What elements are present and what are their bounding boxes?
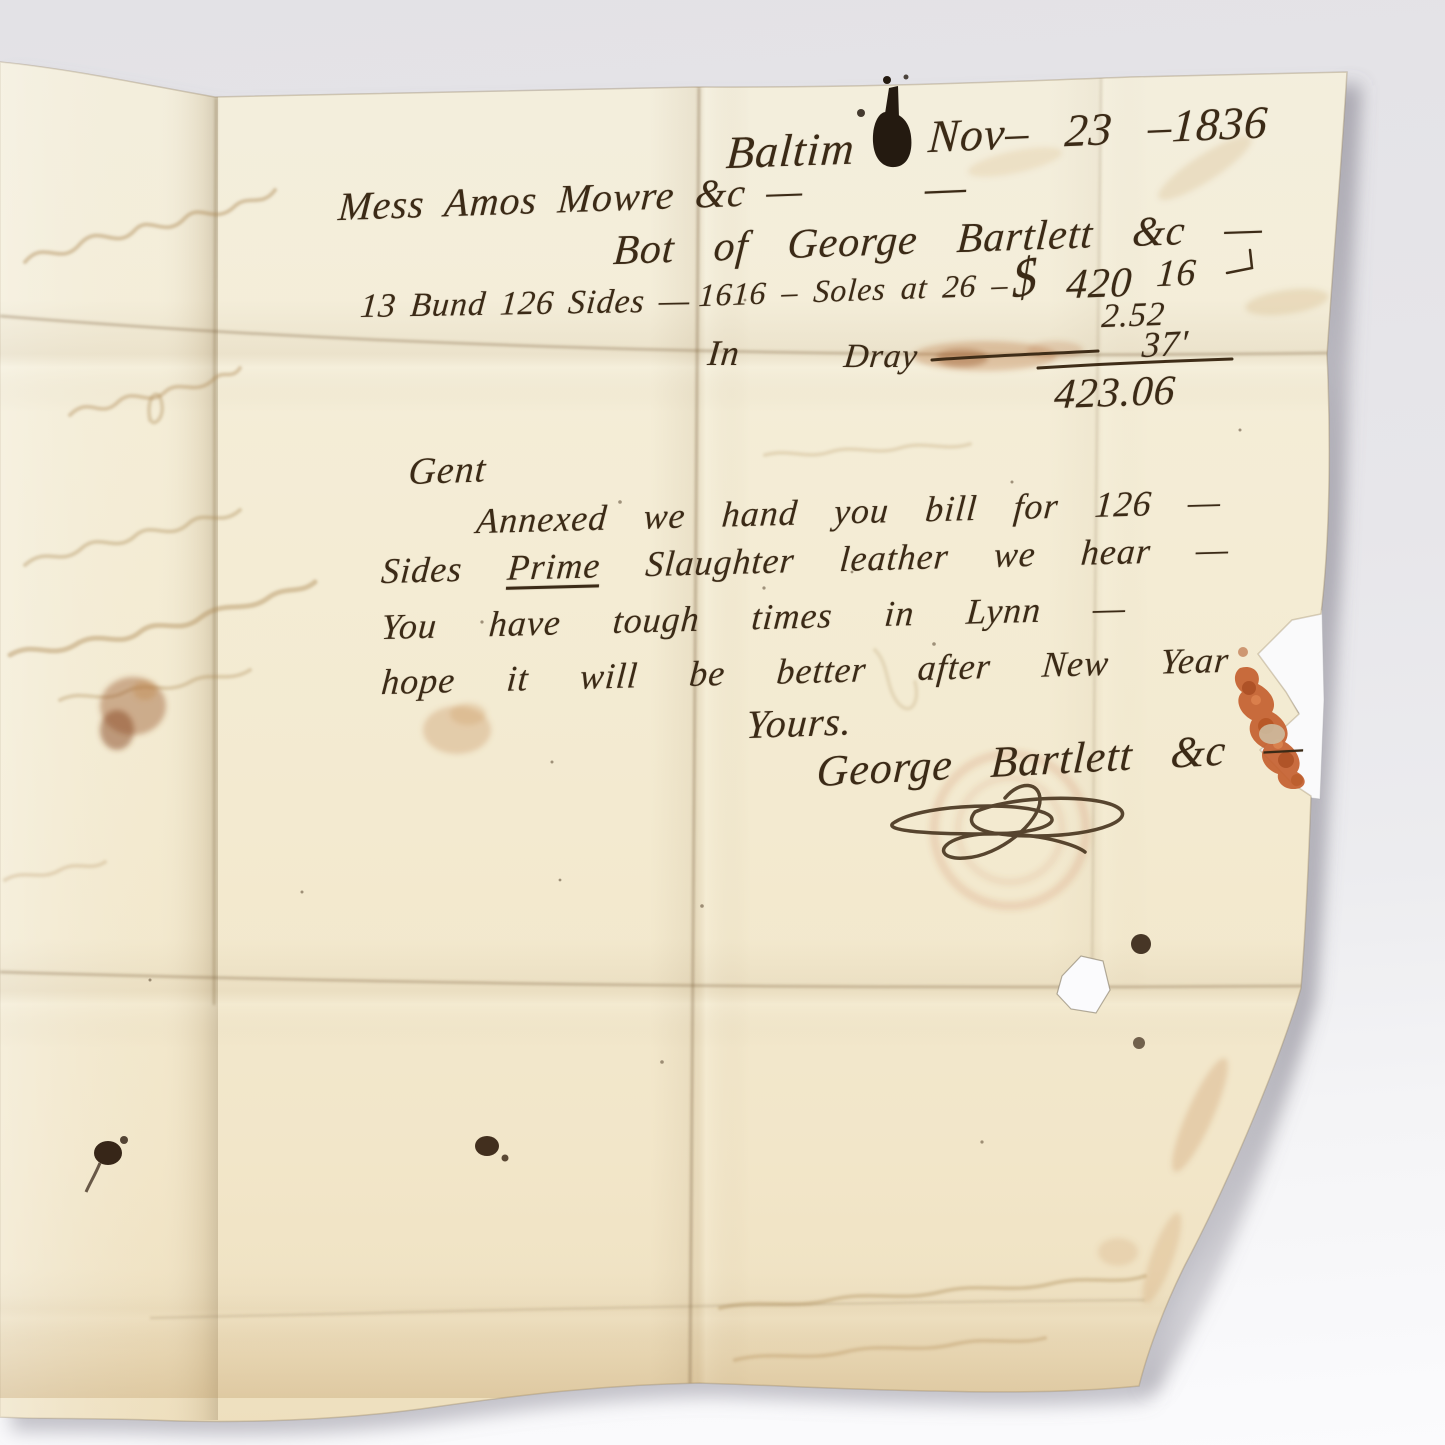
dollar-sign: $ xyxy=(1012,245,1038,310)
dray-amount: 37' xyxy=(1141,324,1190,366)
body-line-4: hope it will be better after New Year xyxy=(380,641,1231,703)
underlined-word: Prime xyxy=(506,545,602,588)
total-amount: 423.06 xyxy=(1053,368,1178,419)
dateline-date: Nov– 23 –1836 — xyxy=(924,97,1270,213)
dray-label: Dray xyxy=(842,338,920,375)
salutation: Gent xyxy=(407,449,488,494)
amount-cents: 16 xyxy=(1155,253,1198,296)
photo-of-letter: Baltim Nov– 23 –1836 — Mess Amos Mowre &… xyxy=(0,0,1445,1445)
body-line-3: You have tough times in Lynn — xyxy=(380,588,1128,647)
closing: Yours. xyxy=(745,699,854,747)
item-quantity: 13 Bund 126 Sides — xyxy=(359,282,692,325)
addressee-line: Mess Amos Mowre &c — xyxy=(337,169,805,229)
item-weight-price: 1616 – Soles at 26 – xyxy=(698,267,1010,313)
signature: George Bartlett &c — xyxy=(815,722,1305,796)
handwriting-layer: Baltim Nov– 23 –1836 — Mess Amos Mowre &… xyxy=(0,0,1445,1445)
body-line-2-post: Slaughter leather we hear — xyxy=(599,529,1231,586)
inspection-label: In xyxy=(706,334,742,374)
body-line-2-pre: Sides xyxy=(380,548,509,591)
